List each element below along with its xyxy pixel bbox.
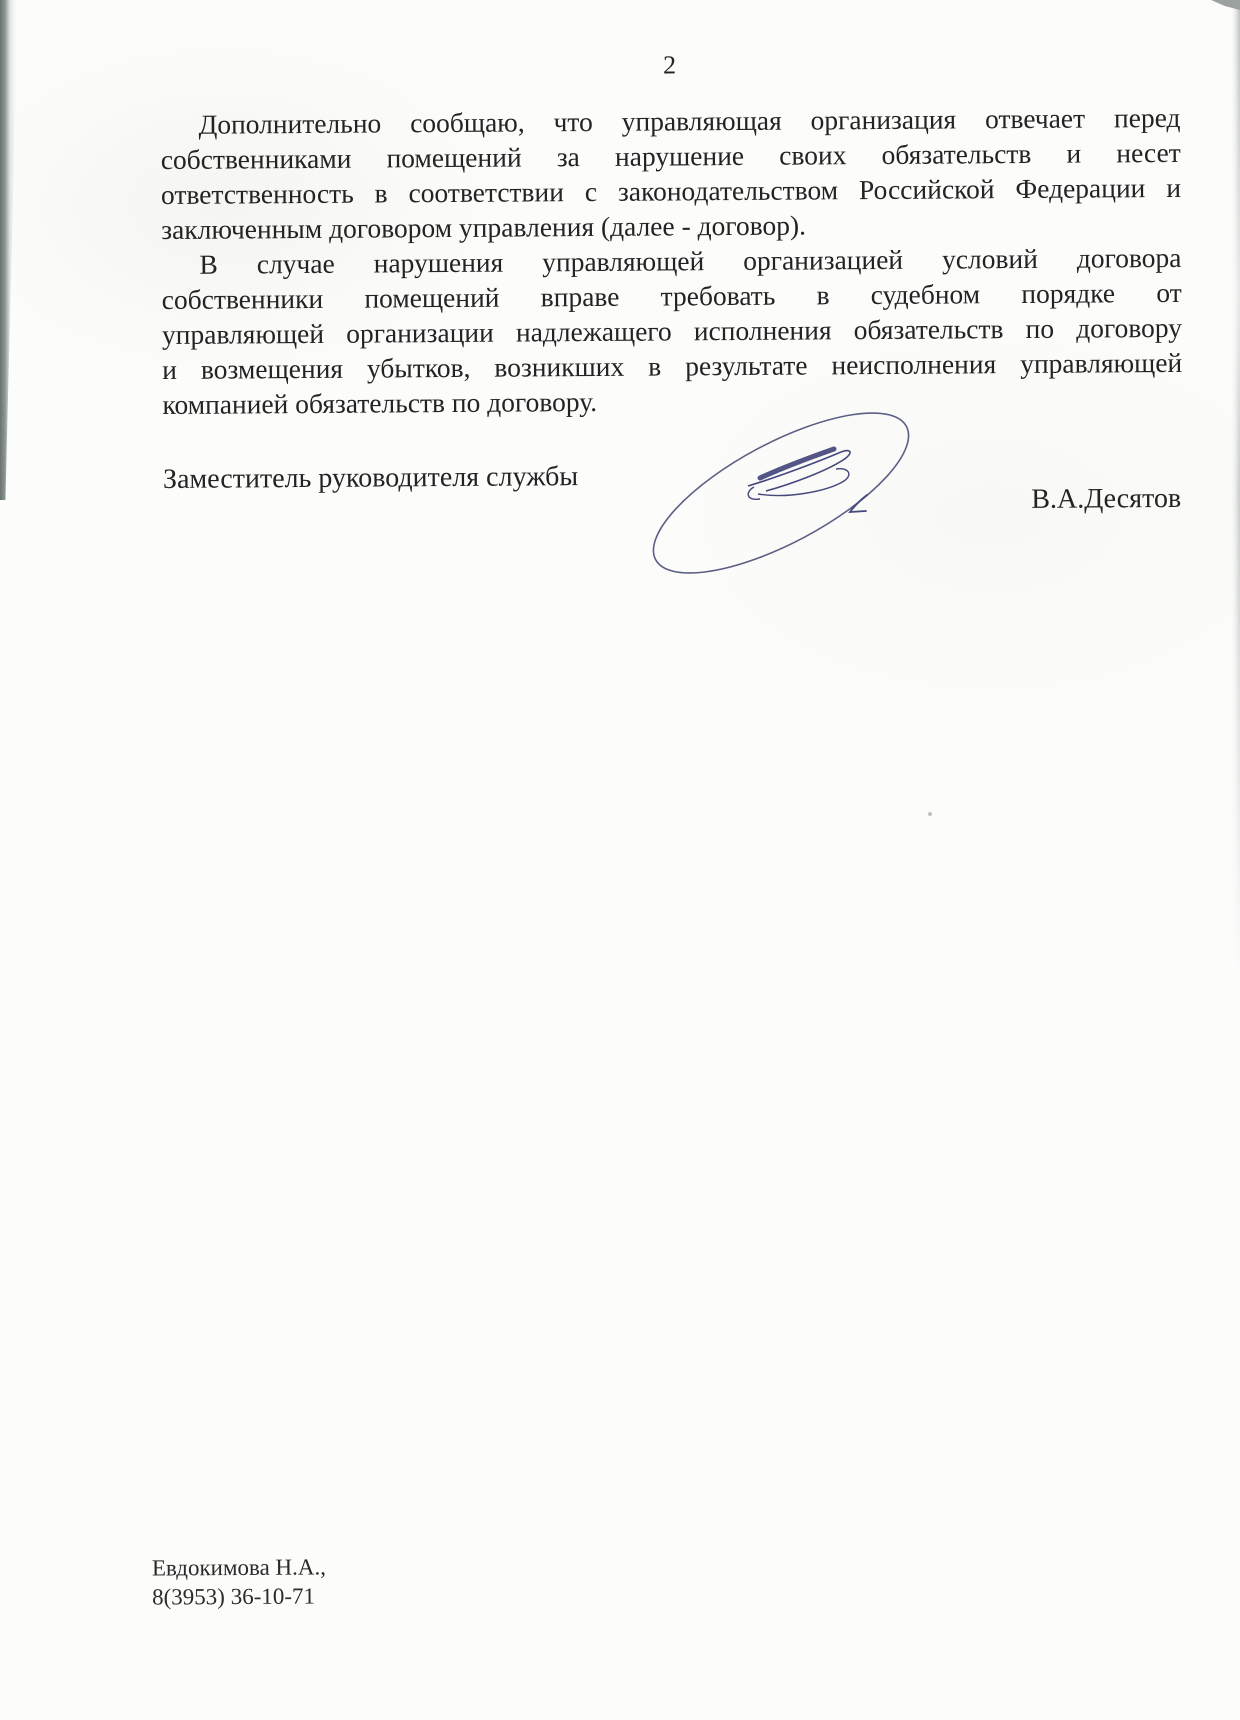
executor-phone: 8(3953) 36-10-71 — [152, 1581, 326, 1611]
signer-job-title: Заместитель руководителя службы — [163, 461, 578, 496]
scan-speck — [928, 812, 932, 816]
body-text: Дополнительно сообщаю, что управляющая о… — [160, 100, 1182, 422]
paragraph-1: Дополнительно сообщаю, что управляющая о… — [160, 100, 1181, 247]
signer-name: В.А.Десятов — [1031, 483, 1183, 516]
scan-edge-left — [0, 0, 18, 500]
paragraph-line: и возмещения убытков, возникших в резуль… — [162, 345, 1182, 387]
paragraph-line: ответственность в соответствии с законод… — [161, 170, 1181, 212]
handwritten-signature-icon — [648, 398, 920, 582]
executor-name: Евдокимова Н.А., — [152, 1552, 326, 1582]
scan-edge-right — [1231, 0, 1240, 980]
page-number: 2 — [160, 45, 1180, 86]
scanned-page: 2 Дополнительно сообщаю, что управляющая… — [0, 0, 1240, 1720]
executor-footer: Евдокимова Н.А., 8(3953) 36-10-71 — [152, 1552, 326, 1611]
scan-corner-top-right — [1206, 0, 1240, 10]
paragraph-2: В случае нарушения управляющей организац… — [161, 240, 1182, 422]
